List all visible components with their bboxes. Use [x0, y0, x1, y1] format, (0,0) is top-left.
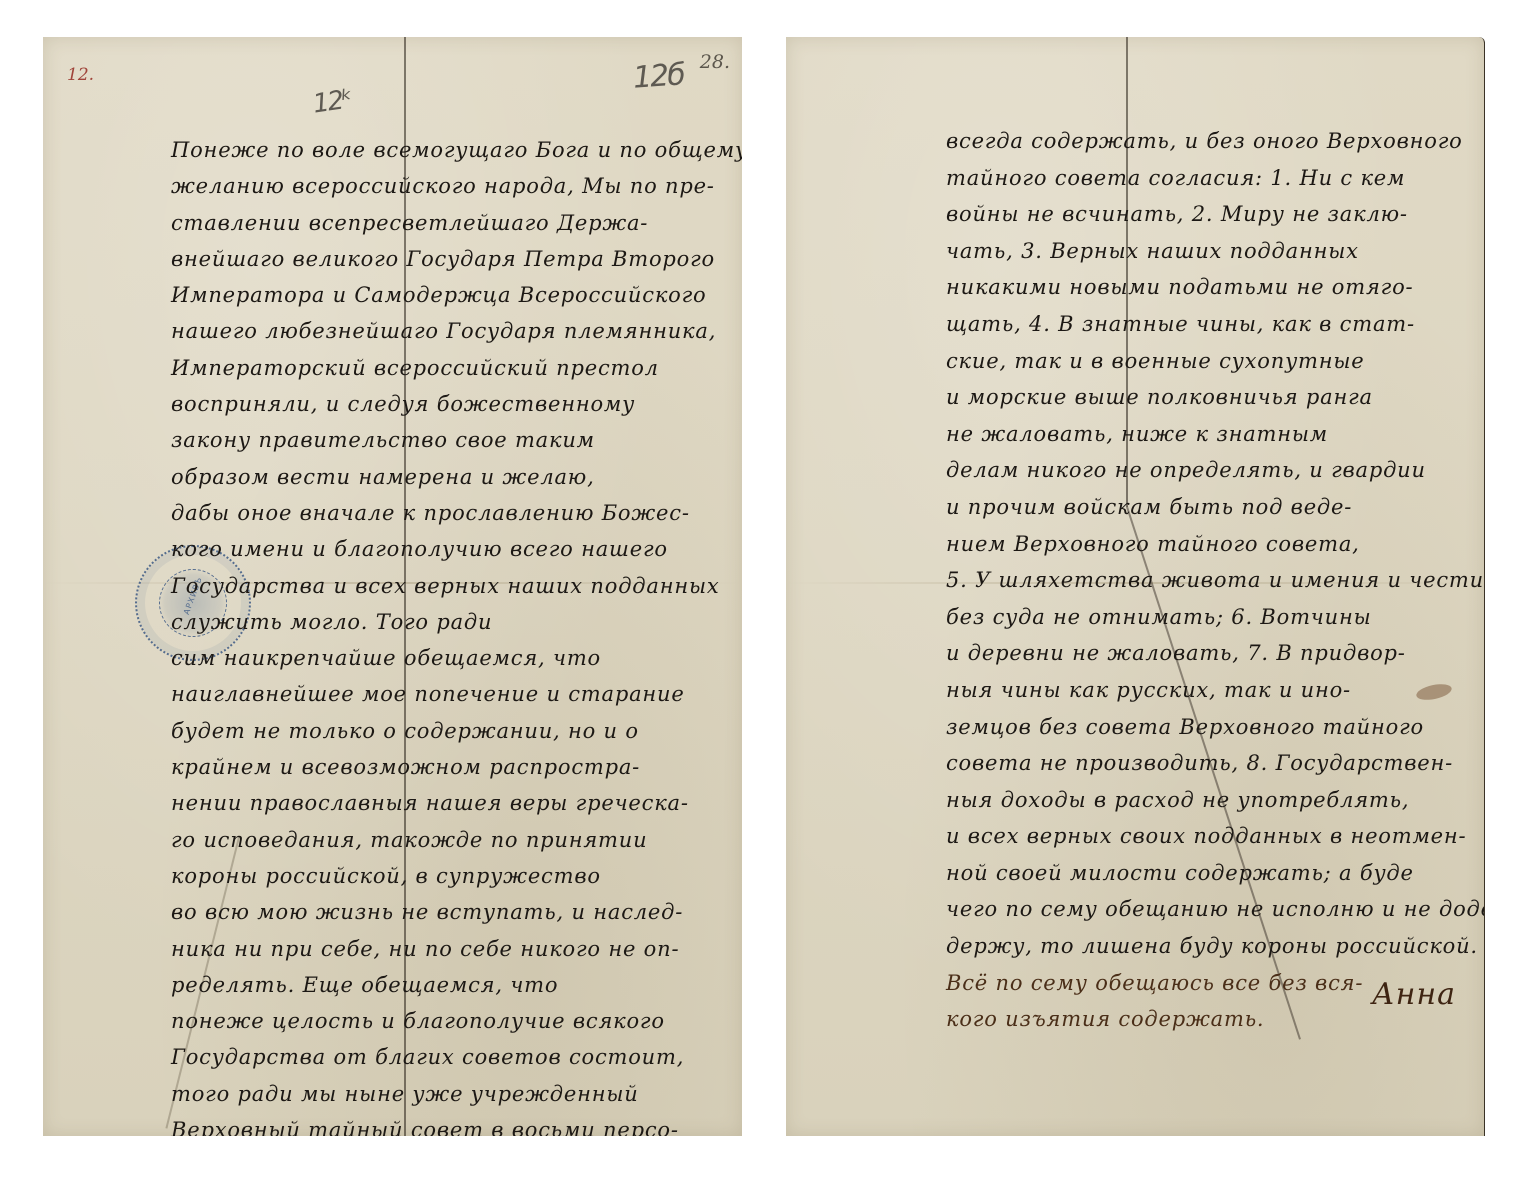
text-line: нием Верховного тайного совета,	[946, 526, 1485, 563]
text-line: образом вести намерена и желаю,	[171, 459, 742, 495]
manuscript-text: Понеже по воле всемогущаго Бога и по общ…	[171, 132, 742, 1136]
pencil-mark: 12б	[632, 57, 685, 95]
text-line: Понеже по воле всемогущаго Бога и по общ…	[171, 132, 742, 168]
text-line: щать, 4. В знатные чины, как в стат-	[946, 306, 1485, 343]
text-line: нении православныя нашея веры греческа-	[171, 785, 742, 821]
text-line: Государства и всех верных наших подданны…	[171, 568, 742, 604]
text-line: 5. У шляхетства живота и имения и чести	[946, 562, 1485, 599]
text-line: земцов без совета Верховного тайного	[946, 709, 1485, 746]
text-line: ределять. Еще обещаемся, что	[171, 967, 742, 1003]
text-line: без суда не отнимать; 6. Вотчины	[946, 599, 1485, 636]
text-line: ной своей милости содержать; а буде	[946, 855, 1485, 892]
text-line: ские, так и в военные сухопутные	[946, 343, 1485, 380]
folio-number: 28.	[700, 51, 730, 73]
text-line: желанию всероссийского народа, Мы по пре…	[171, 168, 742, 204]
text-line: крайнем и всевозможном распростра-	[171, 749, 742, 785]
text-line: делам никого не определять, и гвардии	[946, 452, 1485, 489]
text-line: войны не всчинать, 2. Миру не заклю-	[946, 196, 1485, 233]
text-line: чать, 3. Верных наших подданных	[946, 233, 1485, 270]
text-line: закону правительство свое таким	[171, 422, 742, 458]
text-line: совета не производить, 8. Государствен-	[946, 745, 1485, 782]
text-line: дабы оное вначале к прославлению Божес-	[171, 495, 742, 531]
folio-number-red: 12.	[67, 65, 94, 85]
text-line: чего по сему обещанию не исполню и не до…	[946, 891, 1485, 928]
text-line: и деревни не жаловать, 7. В придвор-	[946, 635, 1485, 672]
text-line: сим наикрепчайше обещаемся, что	[171, 640, 742, 676]
text-line: всегда содержать, и без оного Верховного	[946, 123, 1485, 160]
text-line: короны российской, в супружество	[171, 858, 742, 894]
text-line: и всех верных своих подданных в неотмен-	[946, 818, 1485, 855]
text-line: того ради мы ныне уже учрежденный	[171, 1076, 742, 1112]
manuscript-page-right: всегда содержать, и без оного Верховного…	[786, 37, 1485, 1136]
manuscript-text: всегда содержать, и без оного Верховного…	[946, 123, 1485, 1038]
manuscript-page-left: 12. 12ᵏ 12б 28. АРХИВЪ Понеже по воле вс…	[43, 37, 742, 1136]
text-line: восприняли, и следуя божественному	[171, 386, 742, 422]
text-line: Верховный тайный совет в восьми персо-	[171, 1112, 742, 1136]
text-line: служить могло. Того ради	[171, 604, 742, 640]
text-line: держу, то лишена буду короны российской.	[946, 928, 1485, 965]
text-line: понеже целость и благополучие всякого	[171, 1003, 742, 1039]
text-line: никакими новыми податьми не отяго-	[946, 269, 1485, 306]
text-line: наиглавнейшее мое попечение и старание	[171, 676, 742, 712]
text-line: ныя чины как русских, так и ино-	[946, 672, 1485, 709]
text-line: ставлении всепресветлейшаго Держа-	[171, 205, 742, 241]
text-line: нашего любезнейшаго Государя племянника,	[171, 313, 742, 349]
text-line: внейшаго великого Государя Петра Второго	[171, 241, 742, 277]
text-line: Государства от благих советов состоит,	[171, 1039, 742, 1075]
text-line: ника ни при себе, ни по себе никого не о…	[171, 931, 742, 967]
text-line: будет не только о содержании, но и о	[171, 713, 742, 749]
signature: Анна	[1372, 977, 1456, 1012]
text-line: Императорский всероссийский престол	[171, 350, 742, 386]
pencil-mark: 12ᵏ	[311, 84, 353, 119]
text-line: во всю мою жизнь не вступать, и наслед-	[171, 894, 742, 930]
text-line: кого имени и благополучию всего нашего	[171, 531, 742, 567]
text-line: и морские выше полковничья ранга	[946, 379, 1485, 416]
text-line: ныя доходы в расход не употреблять,	[946, 782, 1485, 819]
text-line: не жаловать, ниже к знатным	[946, 416, 1485, 453]
text-line: го исповедания, такожде по принятии	[171, 822, 742, 858]
text-line: и прочим войскам быть под веде-	[946, 489, 1485, 526]
text-line: Императора и Самодержца Всероссийского	[171, 277, 742, 313]
text-line: тайного совета согласия: 1. Ни с кем	[946, 160, 1485, 197]
